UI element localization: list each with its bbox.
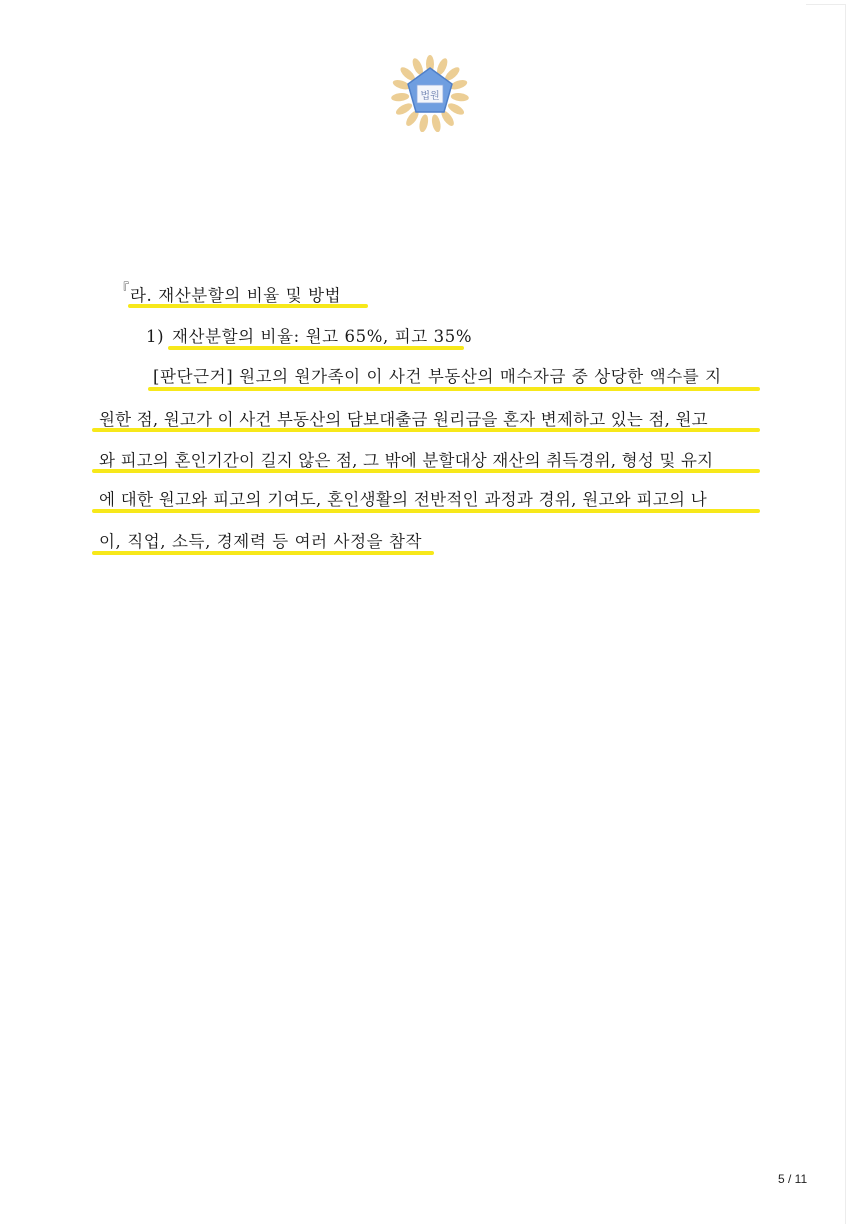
section-heading: 라. 재산분할의 비율 및 방법 (130, 286, 341, 306)
court-emblem-icon: 법원 (390, 52, 470, 132)
emblem-label: 법원 (417, 87, 443, 102)
highlight-mark (92, 469, 760, 473)
highlight-mark (168, 346, 464, 350)
open-quote-mark: 『 (116, 283, 129, 296)
reasoning-line: 와 피고의 혼인기간이 길지 않은 점, 그 밖에 분할대상 재산의 취득경위,… (99, 451, 713, 471)
highlight-mark (148, 387, 760, 391)
highlight-mark (92, 551, 434, 555)
reasoning-line: 원한 점, 원고가 이 사건 부동산의 담보대출금 원리금을 혼자 변제하고 있… (99, 410, 708, 430)
page-edge-line-top (806, 4, 846, 5)
highlight-mark (92, 509, 760, 513)
highlight-mark (92, 428, 760, 432)
item-number: 1) (146, 327, 164, 347)
page-edge-line (845, 4, 846, 1224)
reasoning-line: 에 대한 원고와 피고의 기여도, 혼인생활의 전반적인 과정과 경위, 원고와… (99, 490, 707, 510)
page-number: 5 / 11 (778, 1172, 807, 1186)
reasoning-line: 이, 직업, 소득, 경제력 등 여러 사정을 참작 (99, 532, 422, 552)
highlight-mark (128, 304, 368, 308)
reasoning-line: [판단근거] 원고의 원가족이 이 사건 부동산의 매수자금 중 상당한 액수를… (153, 367, 722, 387)
ratio-item: 재산분할의 비율: 원고 65%, 피고 35% (172, 327, 472, 347)
